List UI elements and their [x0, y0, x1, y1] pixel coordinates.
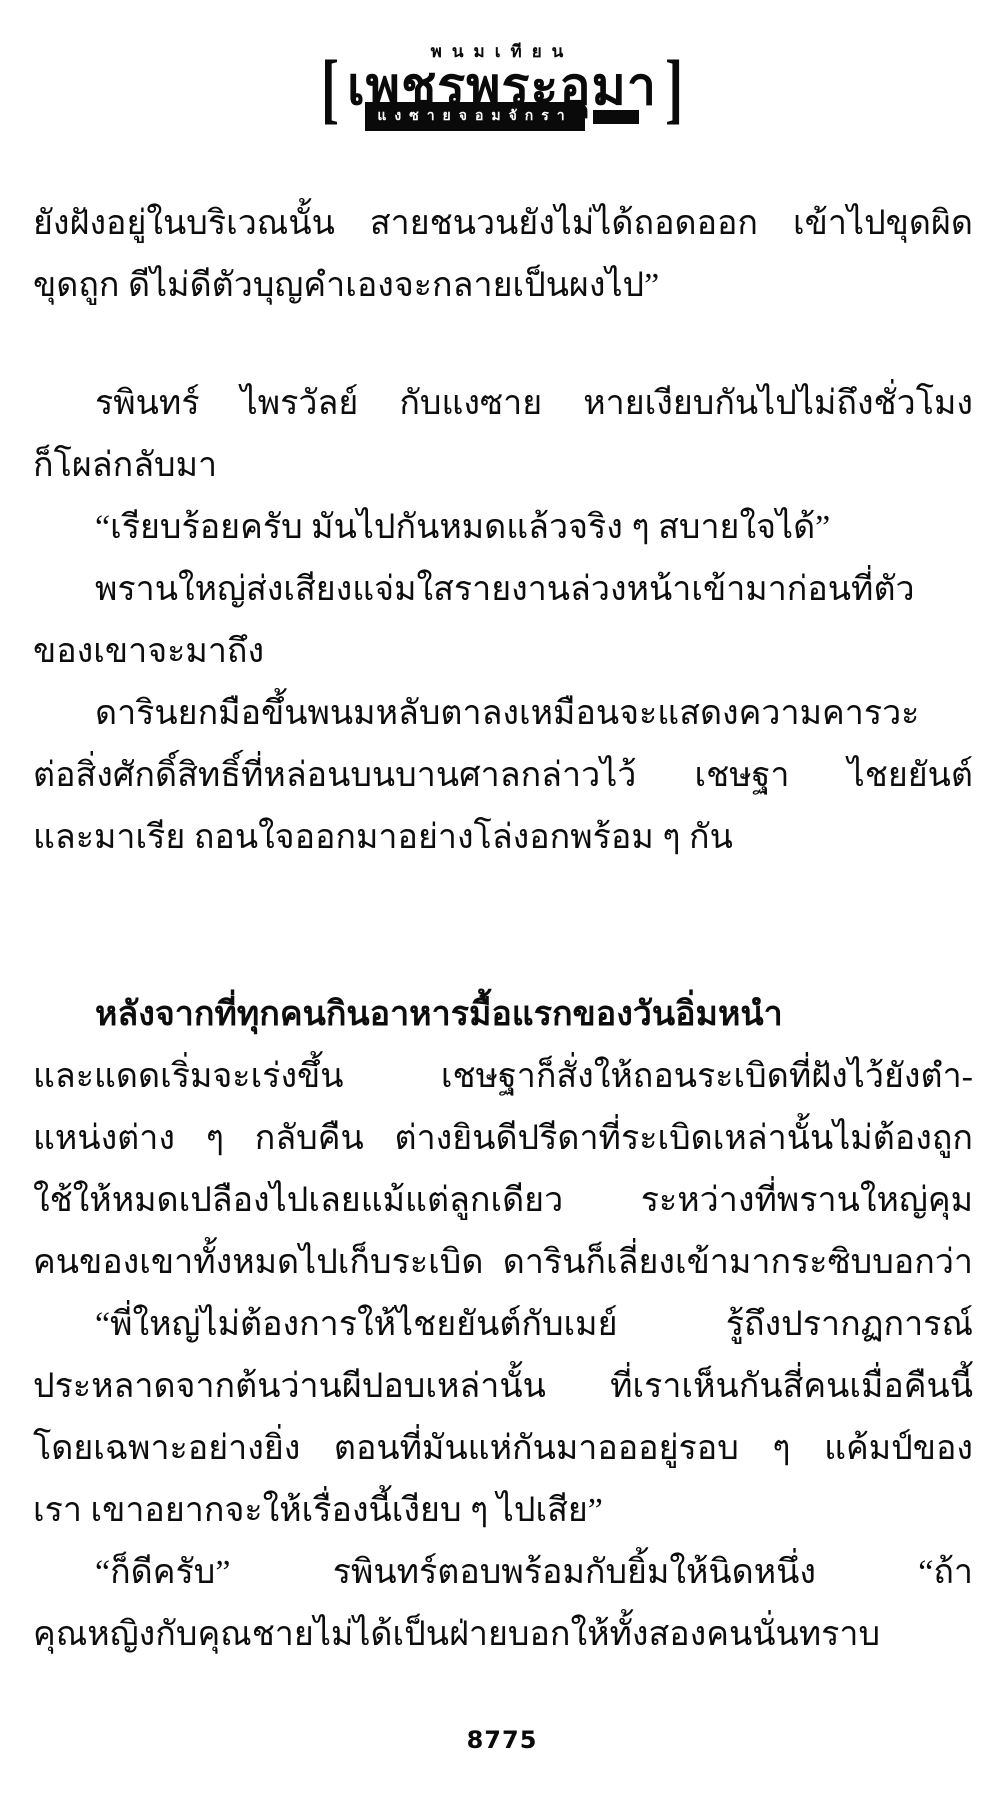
page-number: 8775	[0, 1726, 1004, 1754]
text-line: ใช้ให้หมดเปลืองไปเลยแม้แต่ลูกเดียว ระหว่…	[33, 1170, 973, 1232]
ribbon-end-block-icon	[593, 110, 639, 124]
text-line: ของเขาจะมาถึง	[33, 621, 973, 683]
text-line: และแดดเริ่มจะเร่งขึ้น เชษฐาก็สั่งให้ถอนร…	[33, 1046, 973, 1108]
text-line: แหน่งต่าง ๆ กลับคืน ต่างยินดีปรีดาที่ระเ…	[33, 1108, 973, 1170]
text-line: “พี่ใหญ่ไม่ต้องการให้ไชยยันต์กับเมย์ รู้…	[33, 1294, 973, 1356]
text-line: และมาเรีย ถอนใจออกมาอย่างโล่งอกพร้อม ๆ ก…	[33, 807, 973, 869]
text-line: “เรียบร้อยครับ มันไปกันหมดแล้วจริง ๆ สบา…	[33, 497, 973, 559]
logo-ribbon-row: แงซายจอมจักรา	[0, 102, 1004, 131]
text-line: พรานใหญ่ส่งเสียงแจ่มใสรายงานล่วงหน้าเข้า…	[33, 559, 973, 621]
body-text: ยังฝังอยู่ในบริเวณนั้น สายชนวนยังไม่ได้ถ…	[33, 193, 973, 1666]
text-line: คุณหญิงกับคุณชายไม่ได้เป็นฝ่ายบอกให้ทั้ง…	[33, 1604, 973, 1666]
text-line: ดารินยกมือขึ้นพนมหลับตาลงเหมือนจะแสดงควา…	[33, 683, 973, 745]
text-line: ประหลาดจากต้นว่านผีปอบเหล่านั้น ที่เราเห…	[33, 1356, 973, 1418]
book-page: พนมเทียน [ เพชรพระอุมา ] แงซายจอมจักรา ย…	[0, 0, 1004, 1800]
text-line: ต่อสิ่งศักดิ์สิทธิ์ที่หล่อนบนบานศาลกล่าว…	[33, 745, 973, 807]
text-line: หลังจากที่ทุกคนกินอาหารมื้อแรกของวันอิ่ม…	[33, 984, 973, 1046]
text-line: ก็โผล่กลับมา	[33, 435, 973, 497]
text-line: เรา เขาอยากจะให้เรื่องนี้เงียบ ๆ ไปเสีย”	[33, 1480, 973, 1542]
text-line: รพินทร์ ไพรวัลย์ กับแงซาย หายเงียบกันไปไ…	[33, 373, 973, 435]
text-line: โดยเฉพาะอย่างยิ่ง ตอนที่มันแห่กันมาอออยู…	[33, 1418, 973, 1480]
logo-subtitle-ribbon: แงซายจอมจักรา	[365, 102, 584, 131]
text-line: คนของเขาทั้งหมดไปเก็บระเบิด ดารินก็เลี่ย…	[33, 1232, 973, 1294]
text-line: ขุดถูก ดีไม่ดีตัวบุญคำเองจะกลายเป็นผงไป”	[33, 255, 973, 317]
text-line: ยังฝังอยู่ในบริเวณนั้น สายชนวนยังไม่ได้ถ…	[33, 193, 973, 255]
book-logo: พนมเทียน [ เพชรพระอุมา ] แงซายจอมจักรา	[0, 38, 1004, 131]
text-line: “ก็ดีครับ” รพินทร์ตอบพร้อมกับยิ้มให้นิดห…	[33, 1542, 973, 1604]
